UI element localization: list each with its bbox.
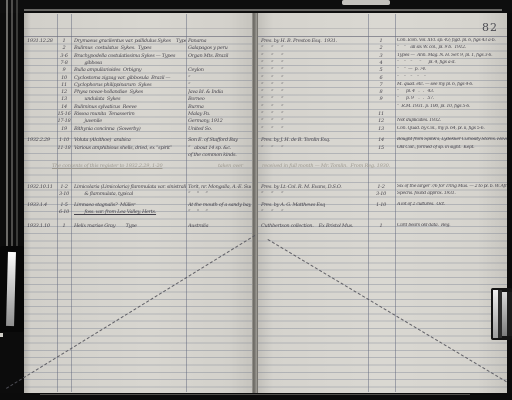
entry-name: Bithynia concinna (Sowerby) xyxy=(74,126,186,132)
entry-locality: Ceylon xyxy=(188,67,251,73)
entry-donor: Cuthbertson collection. Ex Bristol Mus. xyxy=(261,223,367,229)
entry-number: 3-10 xyxy=(56,191,72,197)
entry-number: 1-10 xyxy=(56,137,72,143)
entry-right-number: 1 xyxy=(368,223,394,229)
register-row: 19 Bithynia concinna (Sowerby) United So… xyxy=(0,126,512,133)
entry-locality: Galapagos y peru xyxy=(188,45,251,51)
entry-number: 1 xyxy=(56,223,72,229)
register-row: 10 Cyclostoma zigzag var. gibbosula Braz… xyxy=(0,75,512,82)
entry-remark: ” ” ” ” ” xyxy=(397,75,507,80)
entry-donor-ditto: ” ” ” xyxy=(261,104,367,110)
entry-name: Physa novae-hollandiae Sykes xyxy=(74,89,186,95)
page-bottom-edge-line xyxy=(40,394,470,395)
entry-number: 7-8 xyxy=(56,60,72,66)
register-row: 1932.10.11 1-2 Limicolaria (Limicolaria)… xyxy=(0,184,512,191)
entry-remark: ” ” — p. 74. xyxy=(397,67,507,72)
entry-locality: ” ” ” xyxy=(188,209,251,215)
entry-name: & flammulata, typical xyxy=(74,191,186,197)
entry-number: 1-5 xyxy=(56,202,72,208)
register-row: 12 Physa novae-hollandiae Sykes Java Id.… xyxy=(0,89,512,96)
entry-remark: Six of the larger 7/6 for Tring Mus. — 2… xyxy=(397,184,507,189)
register-row: 1933.1.4 1-5 Limnaea stagnalis? Müller A… xyxy=(0,202,512,209)
entry-number: 10 xyxy=(56,75,72,81)
entry-right-number: 7 xyxy=(368,82,394,88)
page-number: 82 xyxy=(482,21,498,34)
entry-right-number: 1 xyxy=(368,38,394,44)
register-row: 3-6 Brachypodella costulatissima Sykes —… xyxy=(0,53,512,60)
entry-locality: At the mouth of a sandy bay, Wycombe xyxy=(188,202,251,208)
entry-number: 12 xyxy=(56,89,72,95)
entry-name: juvenile xyxy=(74,118,186,124)
entry-right-number: 3 xyxy=(368,53,394,59)
entry-right-number: 14 xyxy=(368,137,394,143)
entry-date: 1933.1.4 xyxy=(27,202,57,208)
entry-donor-ditto: ” ” ” xyxy=(261,209,367,215)
entry-donor: Pres. by J. H. de B. Tomlin Esq. xyxy=(261,137,367,143)
entry-number: 6-10 xyxy=(56,209,72,215)
entry-right-number: 8 xyxy=(368,89,394,95)
entry-donor-ditto: ” ” ” xyxy=(261,60,367,66)
entry-number: 14 xyxy=(56,104,72,110)
binder-clip-arm xyxy=(507,292,512,336)
entry-remark: Con. Quad. by Col., my p. 64, pl. ii, fi… xyxy=(397,126,507,131)
entry-name: Limnaea stagnalis? Müller xyxy=(74,202,186,208)
entry-locality: Organ Mts. Brazil xyxy=(188,53,251,59)
entry-donor-ditto: ” ” ” xyxy=(261,67,367,73)
entry-name: Rissoa munita Tenasserim xyxy=(74,111,186,117)
entry-locality: Java Id. & India xyxy=(188,89,251,95)
entry-locality: Burma xyxy=(188,104,251,110)
entry-number: 3-6 xyxy=(56,53,72,59)
entry-number: 11 xyxy=(56,82,72,88)
entry-locality: ” about 14 sp. &c. xyxy=(188,145,251,151)
register-row: 15-16 Rissoa munita Tenasserim Malay Pa.… xyxy=(0,111,512,118)
entry-remark: Not duplicates. 1932. xyxy=(397,118,507,123)
entry-right-number: 4 xyxy=(368,60,394,66)
entry-remark: Con. Icon. Vol. XVI. sp. 43; figd. pl. 6… xyxy=(397,38,507,43)
entry-right-number: 1-2 xyxy=(368,184,394,190)
entry-locality: Borneo xyxy=(188,96,251,102)
entry-right-number: 5 xyxy=(368,67,394,73)
register-row: 1932.2.29 1-10 Voluta (Alcithoe) arabica… xyxy=(0,137,512,144)
register-row: 11 Cyclophorus philippinarum Sykes ” ” ”… xyxy=(0,82,512,89)
register-row: 13 undulata Sykes Borneo ” ” ” 9 ” p. 9 … xyxy=(0,96,512,103)
entry-right-number: 1-10 xyxy=(368,202,394,208)
entry-right-number: 6 xyxy=(368,75,394,81)
header-rule xyxy=(258,28,507,29)
entry-right-number: 13 xyxy=(368,126,394,132)
entry-remark: Types — Ann. Mag. N. H. Ser. 9, pl. 1, f… xyxy=(397,53,507,58)
entry-date: 1932.2.29 xyxy=(27,137,57,143)
entry-donor-ditto: ” ” ” xyxy=(261,89,367,95)
register-row: 17-18 juvenile Germany, 1912 ” ” ” 12 No… xyxy=(0,118,512,125)
pencil-note-mid: taken over xyxy=(218,163,243,169)
pencil-note-right: received in full month — Mr. Tomlin. Fro… xyxy=(262,163,390,169)
entry-name: Helix mariae Gray Type xyxy=(74,223,186,229)
entry-donor-ditto: ” ” ” xyxy=(261,45,367,51)
entry-name: Voluta (Alcithoe) arabica xyxy=(74,137,186,143)
register-row: 2 Bulimus costulatus Sykes. Types Galapa… xyxy=(0,45,512,52)
entry-locality: Australia xyxy=(188,223,251,229)
entry-locality: Malay Pa. xyxy=(188,111,251,117)
entry-locality: Torit, nr. Mongalla, A.-E. Sudan xyxy=(188,184,251,190)
entry-number: 19 xyxy=(56,126,72,132)
entry-number: 1-2 xyxy=(56,184,72,190)
register-row: 1931.12.28 1 Drymaeus gracilentus var. p… xyxy=(0,38,512,45)
entry-remark: ” ” all six W. col., pl. 9 b. 1912. xyxy=(397,45,507,50)
register-row: 7-8 gibbosa ” ” ” 4 ” ” ” ” pl. 4, figs … xyxy=(0,60,512,67)
header-rule xyxy=(24,28,252,29)
entry-remark: Old Coll., formed of sp. in sight. Kept. xyxy=(397,145,507,150)
entry-remark: ” R.M. 1931. p. 100, pl. 10, figs 5-6. xyxy=(397,104,507,109)
header-rule-heavy xyxy=(258,36,507,37)
entry-right-number: 9 xyxy=(368,96,394,102)
entry-donor-ditto: ” ” ” xyxy=(261,111,367,117)
entry-date: 1932.10.11 xyxy=(27,184,57,190)
entry-number: 13 xyxy=(56,96,72,102)
entry-remark: M. quad. etc. — see my pl. 6, figs 4-6. xyxy=(397,82,507,87)
entry-locality-continuation: of the common kinds. xyxy=(188,152,251,158)
register-row: 1933.1.10 1 Helix mariae Gray Type Austr… xyxy=(0,223,512,230)
entry-donor: Pres. by A. G. Matthews Esq xyxy=(261,202,367,208)
entry-donor-ditto: ” ” ” xyxy=(261,145,367,151)
entry-remark: ” pl. 4 . . 43. xyxy=(397,89,507,94)
entry-name: Cyclostoma zigzag var. gibbosula Brazil … xyxy=(74,75,186,81)
stacked-page-top-edges xyxy=(24,9,502,11)
entry-name: Bulimus costulatus Sykes. Types xyxy=(74,45,186,51)
pencil-note-row: The contents of this register to 1932.2.… xyxy=(0,163,512,170)
register-row: 14 Buliminus sylvaticus Reeve Burma ” ” … xyxy=(0,104,512,111)
entry-donor-ditto: ” ” ” xyxy=(261,126,367,132)
entry-donor-ditto: ” ” ” xyxy=(261,118,367,124)
entry-locality: Panama xyxy=(188,38,251,44)
entry-number: 9 xyxy=(56,67,72,73)
header-rule-heavy xyxy=(24,36,252,37)
entry-remark: Card bears old data. Reg. xyxy=(397,223,507,228)
entry-number: 1 xyxy=(56,38,72,44)
entry-name: Drymaeus gracilentus var. pallidulus Syk… xyxy=(74,38,186,44)
entry-donor-ditto: ” ” ” xyxy=(261,96,367,102)
entry-name: Bulla ampullarioides Orbigny xyxy=(74,67,186,73)
entry-date: 1933.1.10 xyxy=(27,223,57,229)
entry-name: foss. var. from Lea Valley, Herts. xyxy=(74,209,186,215)
entry-number: 11-18 xyxy=(56,145,72,151)
entry-locality: ” xyxy=(188,75,251,81)
entry-locality: ” ” ” xyxy=(188,191,251,197)
entry-name: undulata Sykes xyxy=(74,96,186,102)
entry-number: 2 xyxy=(56,45,72,51)
entry-remark: ” p. 9 . . 57. xyxy=(397,96,507,101)
entry-right-number: 15 xyxy=(368,145,394,151)
register-row: 6-10 foss. var. from Lea Valley, Herts. … xyxy=(0,209,512,216)
entry-right-number: 2 xyxy=(368,45,394,51)
entry-name: Buliminus sylvaticus Reeve xyxy=(74,104,186,110)
entry-locality: Son E. of Stafford Bay xyxy=(188,137,251,143)
entry-locality: ” xyxy=(188,82,251,88)
page-edge-highlight xyxy=(342,0,390,5)
register-row: 3-10 & flammulata, typical ” ” ” ” ” ” 3… xyxy=(0,191,512,198)
entry-name: Brachypodella costulatissima Sykes — Typ… xyxy=(74,53,186,59)
entry-date: 1931.12.28 xyxy=(27,38,57,44)
entry-name: Limicolaria (Limicolaria) flammulata var… xyxy=(74,184,186,190)
entry-right-number: 12 xyxy=(368,118,394,124)
entry-name: gibbosa xyxy=(74,60,186,66)
entry-donor: Pres. by Lt.-Col. R. M. Evans, D.S.O. xyxy=(261,184,367,190)
entry-remark: A lot of 2 cultures. Oct. xyxy=(397,202,507,207)
entry-remark: Specns. found approx. 1931. xyxy=(397,191,507,196)
register-row: 11-18 Various amphibious shells, dried, … xyxy=(0,145,512,152)
entry-donor: Pres. by H. B. Preston Esq. 1931. xyxy=(261,38,367,44)
entry-locality: United So. xyxy=(188,126,251,132)
entry-donor-ditto: ” ” ” xyxy=(261,75,367,81)
entry-remark: Bought from Spink's, Lydekker Curiosity … xyxy=(397,137,507,142)
register-row: of the common kinds. xyxy=(0,152,512,159)
entry-donor-ditto: ” ” ” xyxy=(261,82,367,88)
entry-name: Various amphibious shells, dried, ex “sp… xyxy=(74,145,186,151)
left-edge-mark xyxy=(0,333,3,337)
entry-donor-ditto: ” ” ” xyxy=(261,191,367,197)
entry-number: 17-18 xyxy=(56,118,72,124)
pencil-note-left: The contents of this register to 1932.2.… xyxy=(52,163,162,169)
entry-locality: Germany, 1912 xyxy=(188,118,251,124)
book-top-edge xyxy=(0,0,512,13)
entry-right-number: 3-10 xyxy=(368,191,394,197)
entry-remark: ” ” ” ” pl. 4, figs a-d. xyxy=(397,60,507,65)
entry-donor-ditto: ” ” ” xyxy=(261,53,367,59)
register-row: 9 Bulla ampullarioides Orbigny Ceylon ” … xyxy=(0,67,512,74)
entry-number: 15-16 xyxy=(56,111,72,117)
entry-right-number: 11 xyxy=(368,111,394,117)
entry-name: Cyclophorus philippinarum Sykes xyxy=(74,82,186,88)
